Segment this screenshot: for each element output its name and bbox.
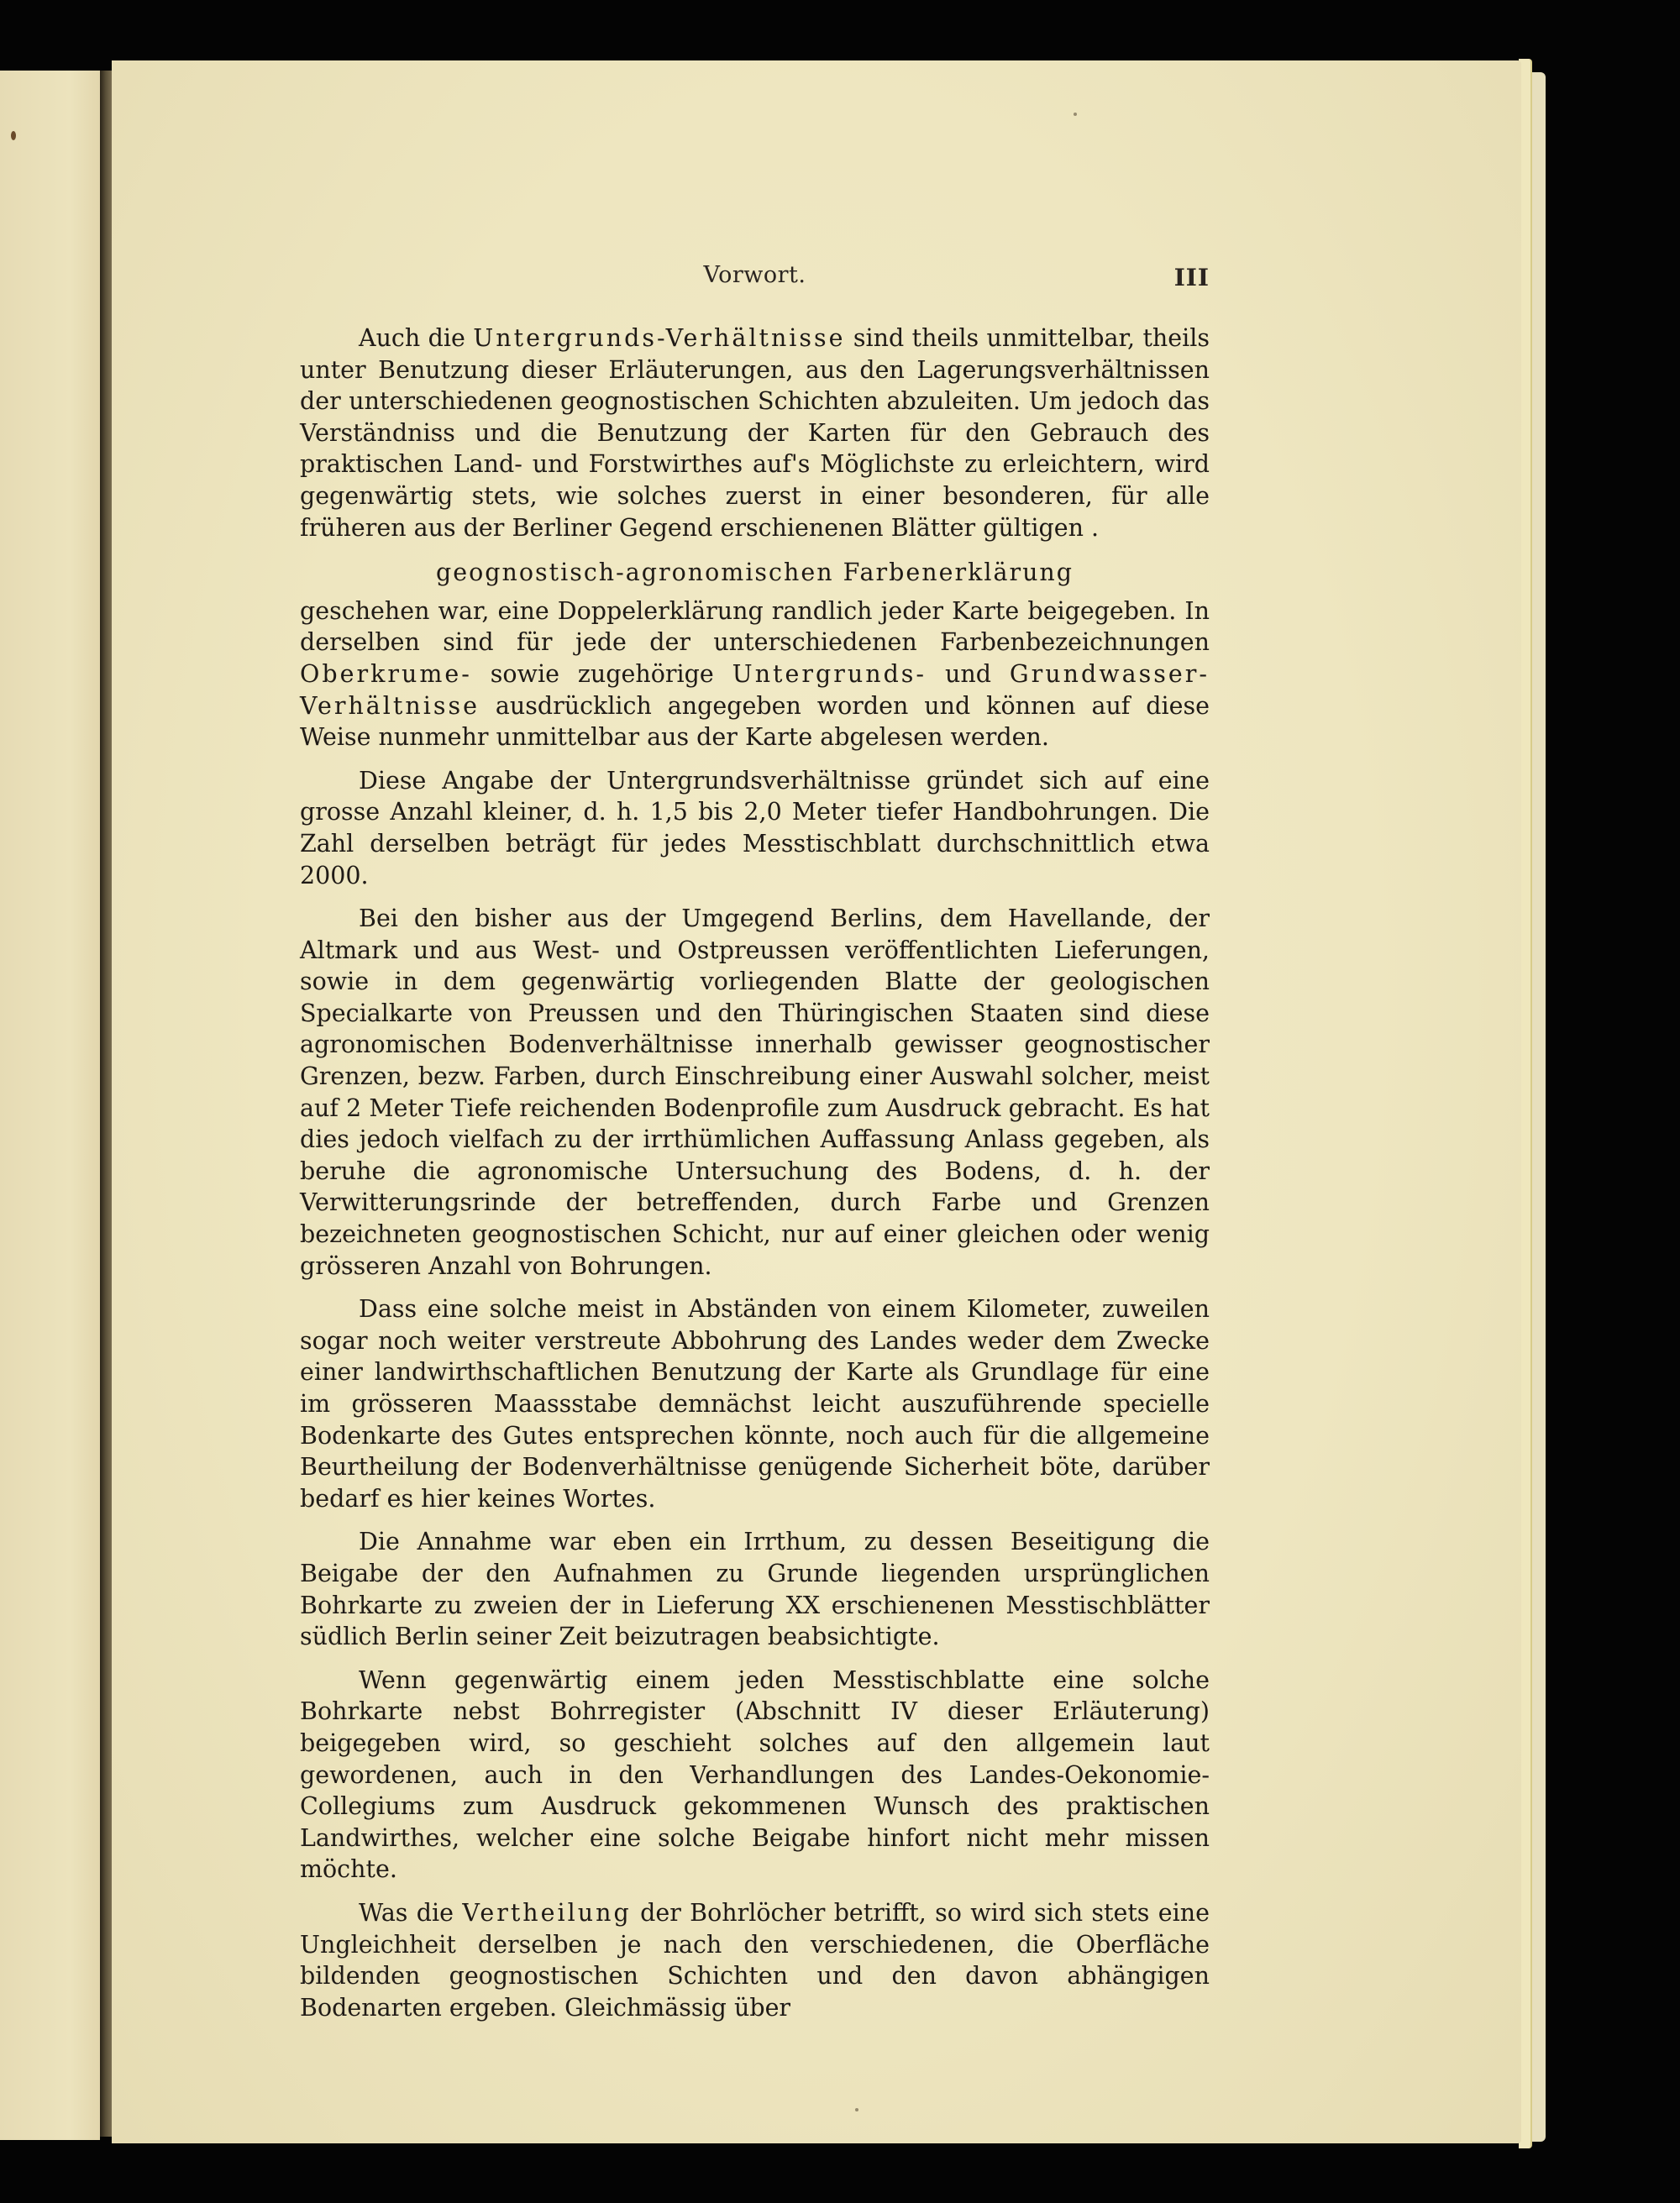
text-run: Dass eine solche meist in Abständen von … [300, 1295, 1210, 1513]
emphasized-term: Untergrunds- [732, 660, 927, 688]
paragraph: geschehen war, eine Doppelerklärung rand… [300, 595, 1210, 753]
text-run: Die Annahme war eben ein Irrthum, zu des… [300, 1528, 1210, 1650]
paragraph: Die Annahme war eben ein Irrthum, zu des… [300, 1526, 1210, 1652]
paper-speck [1074, 113, 1077, 116]
text-run: geschehen war, eine Doppelerklärung rand… [300, 597, 1210, 657]
emphasized-term: Vertheilung [462, 1899, 631, 1927]
page-stack-edge [1530, 72, 1546, 2142]
text-run: Was die [359, 1899, 462, 1927]
text-run: sind theils unmittelbar, theils unter Be… [300, 324, 1210, 542]
text-run: Bei den bisher aus der Umgegend Berlins,… [300, 905, 1210, 1280]
text-run: sowie zugehörige [472, 660, 732, 688]
emphasized-term: Oberkrume- [300, 660, 472, 688]
paper-stain [11, 131, 16, 140]
paper-speck [855, 2108, 858, 2111]
body-text: Auch die Untergrunds-Verhältnisse sind t… [300, 323, 1210, 2023]
text-run: und [927, 660, 1010, 688]
paragraph: Diese Angabe der Untergrundsverhältnisse… [300, 765, 1210, 891]
text-run: Wenn gegenwärtig einem jeden Messtischbl… [300, 1666, 1210, 1884]
page-number: III [1174, 264, 1210, 291]
paragraph: Dass eine solche meist in Abständen von … [300, 1293, 1210, 1514]
text-run: Diese Angabe der Untergrundsverhältnisse… [300, 767, 1210, 889]
centered-heading-line: geognostisch-agronomischen Farbenerkläru… [300, 557, 1210, 589]
running-title: Vorwort. [300, 262, 1210, 288]
paragraph: Was die Vertheilung der Bohrlöcher betri… [300, 1897, 1210, 2023]
paragraph: Auch die Untergrunds-Verhältnisse sind t… [300, 323, 1210, 543]
book-gutter [100, 71, 112, 2137]
facing-page-edge [0, 71, 100, 2140]
emphasized-term: Untergrunds-Verhältnisse [473, 324, 845, 352]
running-head: Vorwort. III [300, 262, 1210, 299]
paragraph: Wenn gegenwärtig einem jeden Messtischbl… [300, 1665, 1210, 1886]
text-run: Auch die [359, 324, 473, 352]
paragraph: Bei den bisher aus der Umgegend Berlins,… [300, 903, 1210, 1282]
